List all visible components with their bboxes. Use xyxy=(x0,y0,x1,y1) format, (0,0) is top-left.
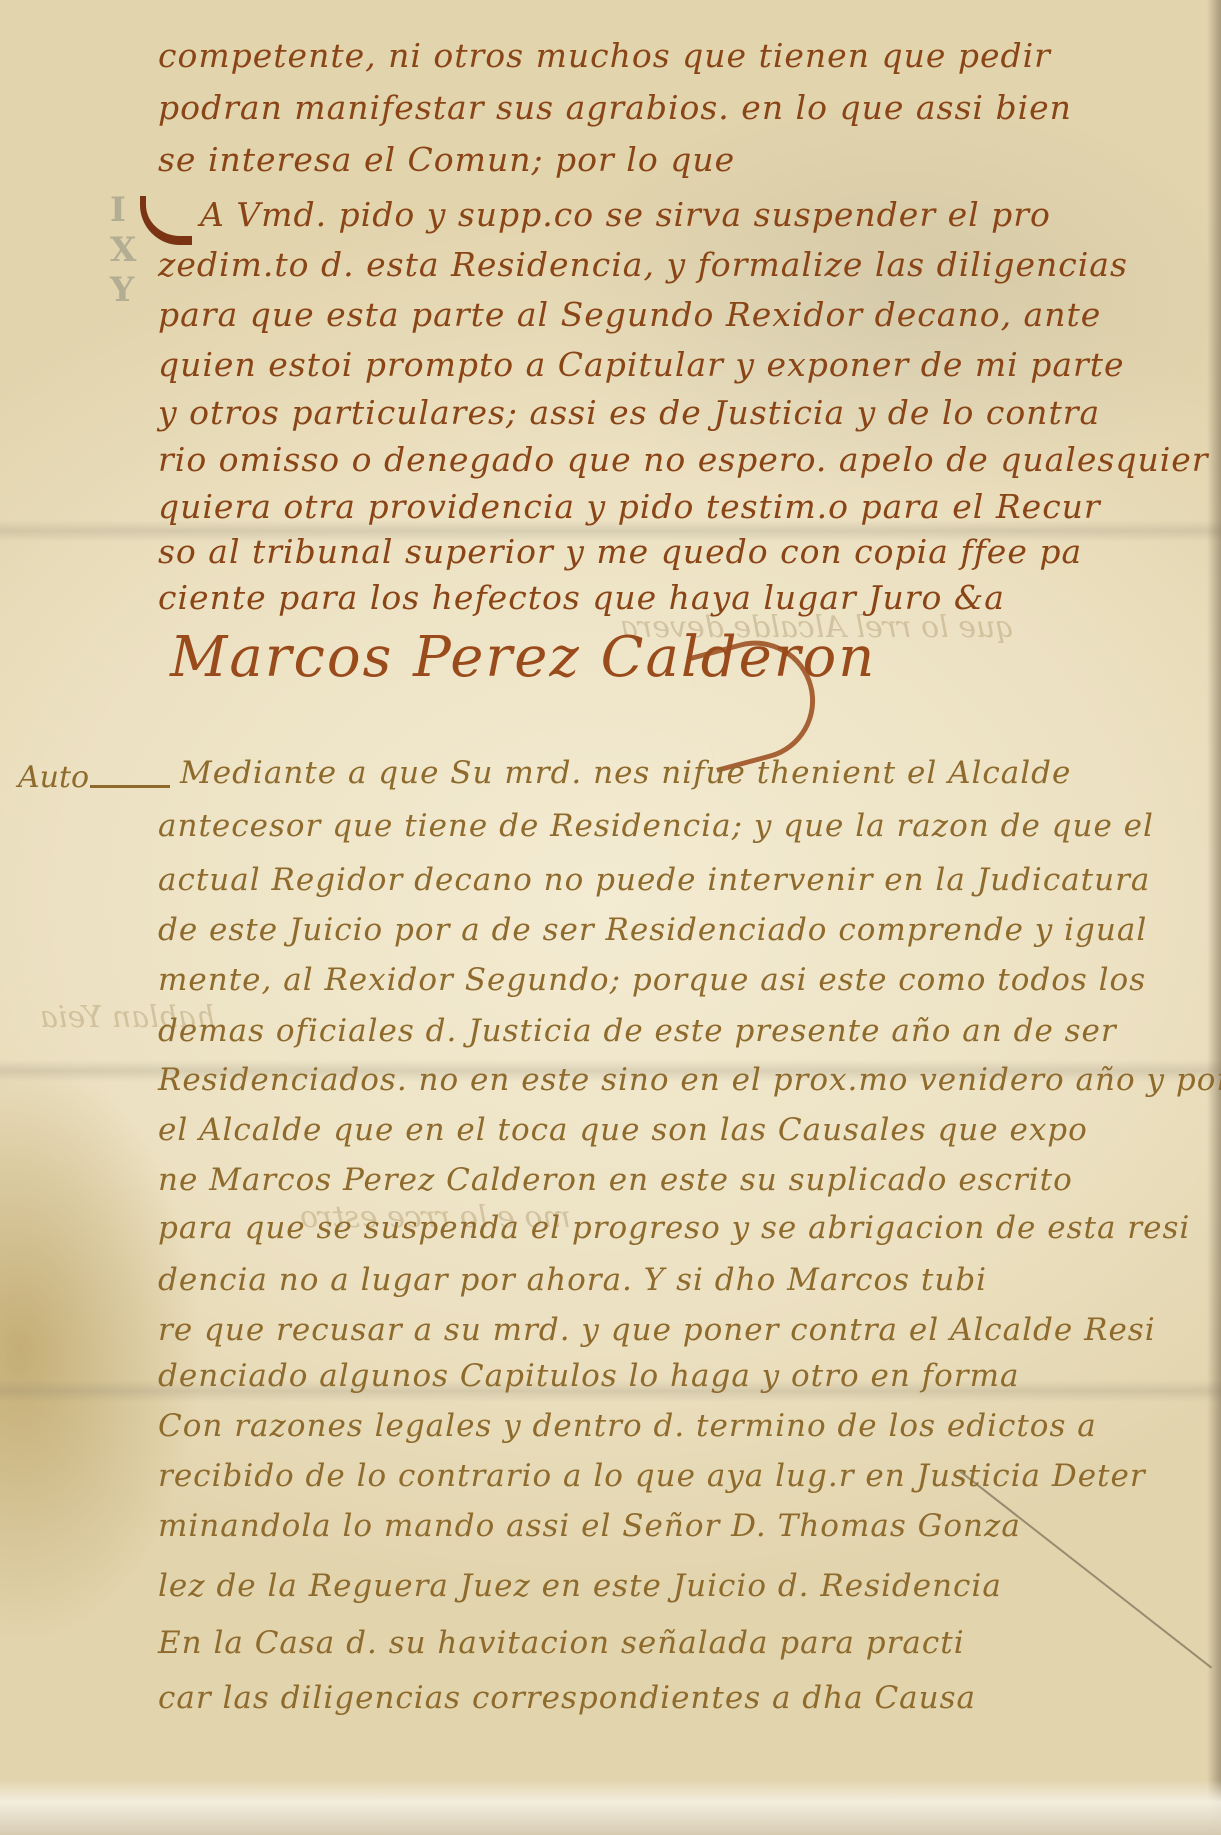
petition-line: quiera otra providencia y pido testim.o … xyxy=(158,487,1101,526)
margin-note: Auto xyxy=(18,760,89,795)
decree-line: re que recusar a su mrd. y que poner con… xyxy=(158,1312,1156,1348)
petition-line: zedim.to d. esta Residencia, y formalize… xyxy=(158,245,1128,284)
petition-line: y otros particulares; assi es de Justici… xyxy=(158,393,1100,432)
decree-line: de este Juicio por a de ser Residenciado… xyxy=(158,912,1147,948)
petition-line: se interesa el Comun; por lo que xyxy=(158,140,735,179)
decree-line: antecesor que tiene de Residencia; y que… xyxy=(158,808,1154,844)
decree-line: car las diligencias correspondientes a d… xyxy=(158,1680,976,1716)
decree-line: recibido de lo contrario a lo que aya lu… xyxy=(158,1458,1146,1494)
petition-line: podran manifestar sus agrabios. en lo qu… xyxy=(158,88,1072,127)
decree-line: ne Marcos Perez Calderon en este su supl… xyxy=(158,1162,1073,1198)
petition-line: so al tribunal superior y me quedo con c… xyxy=(158,532,1082,571)
petition-line: ciente para los hefectos que haya lugar … xyxy=(158,578,1005,617)
decree-line: lez de la Reguera Juez en este Juicio d.… xyxy=(158,1568,1002,1604)
petition-line: quien estoi prompto a Capitular y expone… xyxy=(158,345,1125,384)
decree-line: demas oficiales d. Justicia de este pres… xyxy=(158,1013,1117,1049)
decree-line: Mediante a que Su mrd. nes nifue thenien… xyxy=(180,755,1071,791)
decree-line: mente, al Rexidor Segundo; porque asi es… xyxy=(158,962,1146,998)
decree-line: minandola lo mando assi el Señor D. Thom… xyxy=(158,1508,1021,1544)
decree-line: para que se suspenda el progreso y se ab… xyxy=(158,1210,1190,1246)
petition-line: A Vmd. pido y supp.co se sirva suspender… xyxy=(200,195,1051,234)
decree-line: el Alcalde que en el toca que son las Ca… xyxy=(158,1112,1088,1148)
petition-line: para que esta parte al Segundo Rexidor d… xyxy=(158,295,1101,334)
decree-line: En la Casa d. su havitacion señalada par… xyxy=(158,1625,965,1661)
decree-line: actual Regidor decano no puede interveni… xyxy=(158,862,1150,898)
decree-line: Residenciados. no en este sino en el pro… xyxy=(158,1062,1221,1098)
petition-line: rio omisso o denegado que no espero. ape… xyxy=(158,440,1209,479)
margin-arrow xyxy=(90,785,170,788)
petition-line: competente, ni otros muchos que tienen q… xyxy=(158,36,1051,75)
manuscript-page: IXY que lo rrel Alcalde devera hablan Ye… xyxy=(0,0,1221,1835)
decree-line: Con razones legales y dentro d. termino … xyxy=(158,1408,1097,1444)
decree-line: denciado algunos Capitulos lo haga y otr… xyxy=(158,1358,1019,1394)
page-bottom-edge xyxy=(0,1780,1221,1835)
decree-line: dencia no a lugar por ahora. Y si dho Ma… xyxy=(158,1262,987,1298)
page-edge xyxy=(1207,0,1221,1835)
